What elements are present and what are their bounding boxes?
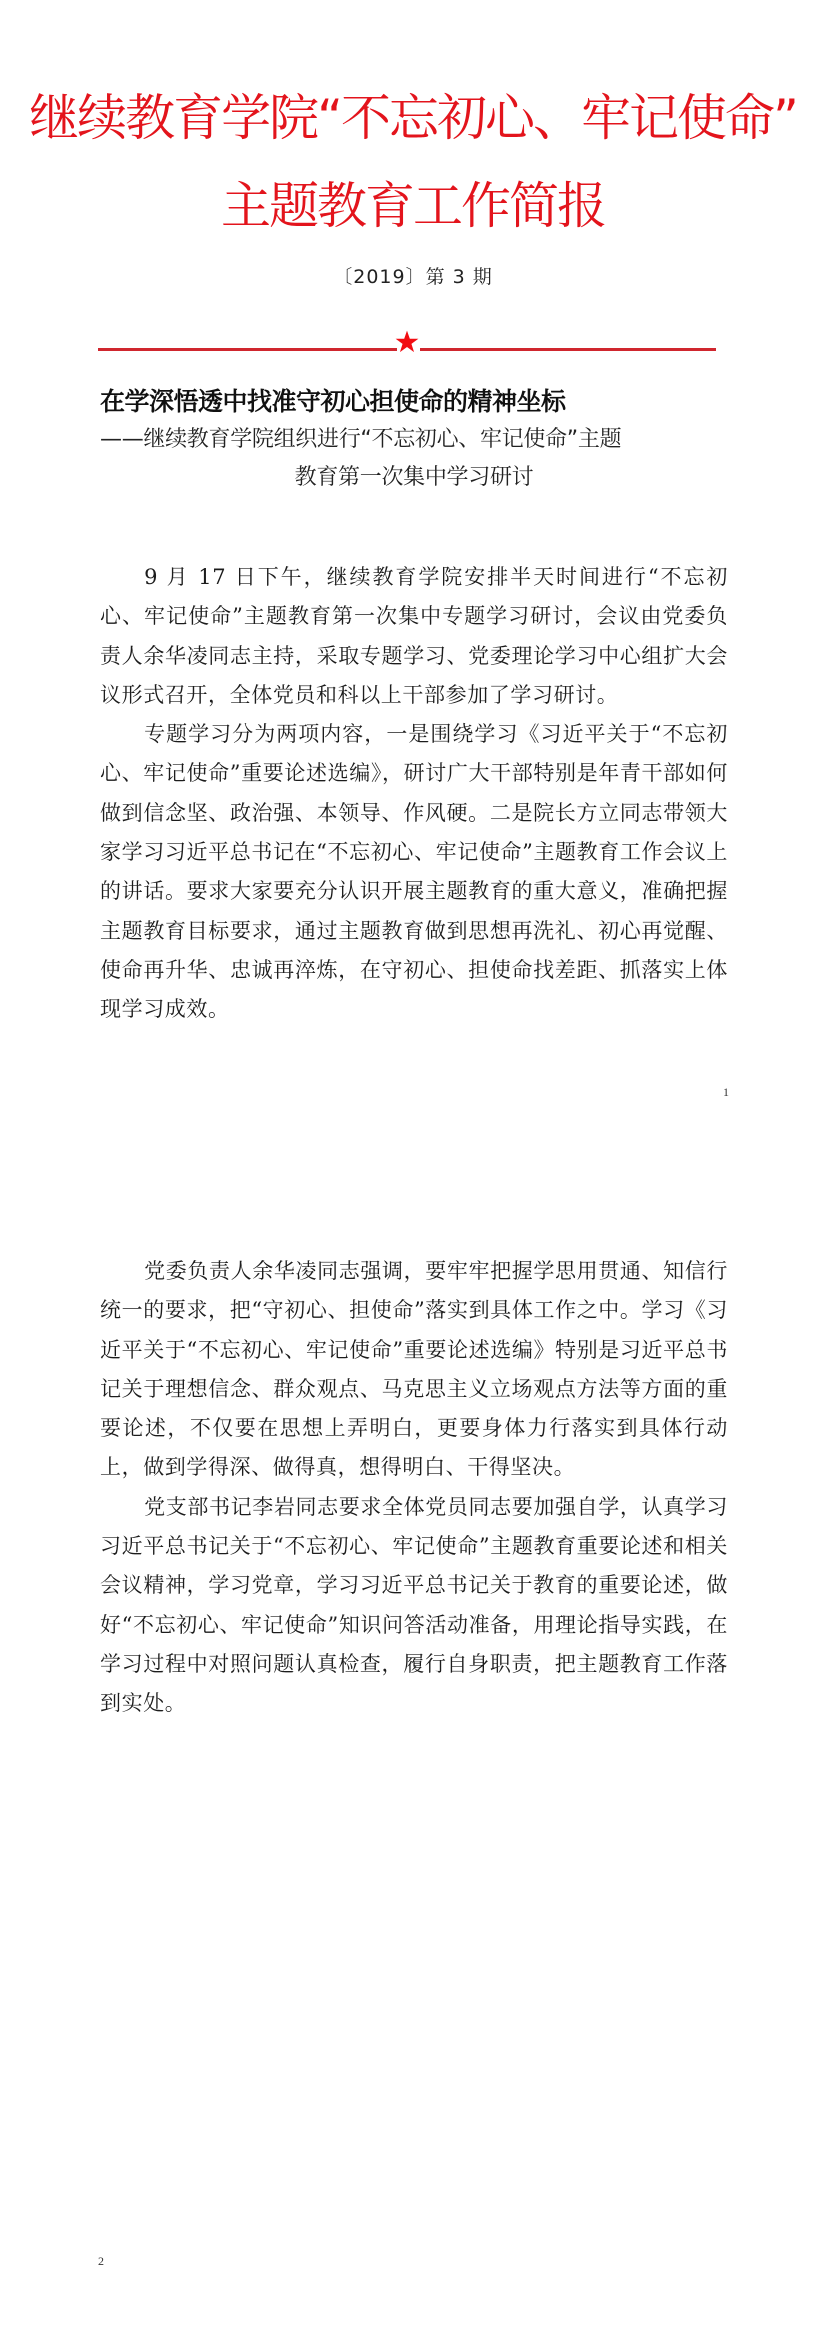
paragraph: 专题学习分为两项内容，一是围绕学习《习近平关于“不忘初心、牢记使命”重要论述选编… (100, 715, 728, 1029)
divider-rule-right (420, 348, 716, 351)
article-body-page1: 9 月 17 日下午，继续教育学院安排半天时间进行“不忘初心、牢记使命”主题教育… (100, 558, 728, 1030)
paragraph: 党委负责人余华凌同志强调，要牢牢把握学思用贯通、知信行统一的要求，把“守初心、担… (100, 1252, 728, 1488)
page-number: 1 (723, 1085, 729, 1100)
document-page-1: 继续教育学院“不忘初心、牢记使命” 主题教育工作简报 〔2019〕第 3 期 在… (0, 0, 826, 1169)
page-number: 2 (98, 2254, 104, 2269)
paragraph: 9 月 17 日下午，继续教育学院安排半天时间进行“不忘初心、牢记使命”主题教育… (100, 558, 728, 715)
article-subhead-line2: 教育第一次集中学习研讨 (100, 463, 728, 493)
article-headline: 在学深悟透中找准守初心担使命的精神坐标 (100, 386, 566, 418)
paragraph: 党支部书记李岩同志要求全体党员同志要加强自学，认真学习习近平总书记关于“不忘初心… (100, 1488, 728, 1724)
divider-rule-left (98, 348, 397, 351)
document-page-2: 党委负责人余华凌同志强调，要牢牢把握学思用贯通、知信行统一的要求，把“守初心、担… (0, 1169, 826, 2338)
article-subhead-line1: ——继续教育学院组织进行“不忘初心、牢记使命”主题 (100, 425, 728, 455)
issue-number: 〔2019〕第 3 期 (0, 264, 826, 290)
masthead-divider (98, 320, 716, 360)
star-icon (394, 329, 420, 355)
masthead-title-line2: 主题教育工作简报 (0, 176, 826, 236)
article-body-page2: 党委负责人余华凌同志强调，要牢牢把握学思用贯通、知信行统一的要求，把“守初心、担… (100, 1252, 728, 1724)
masthead-title-line1: 继续教育学院“不忘初心、牢记使命” (0, 88, 826, 148)
